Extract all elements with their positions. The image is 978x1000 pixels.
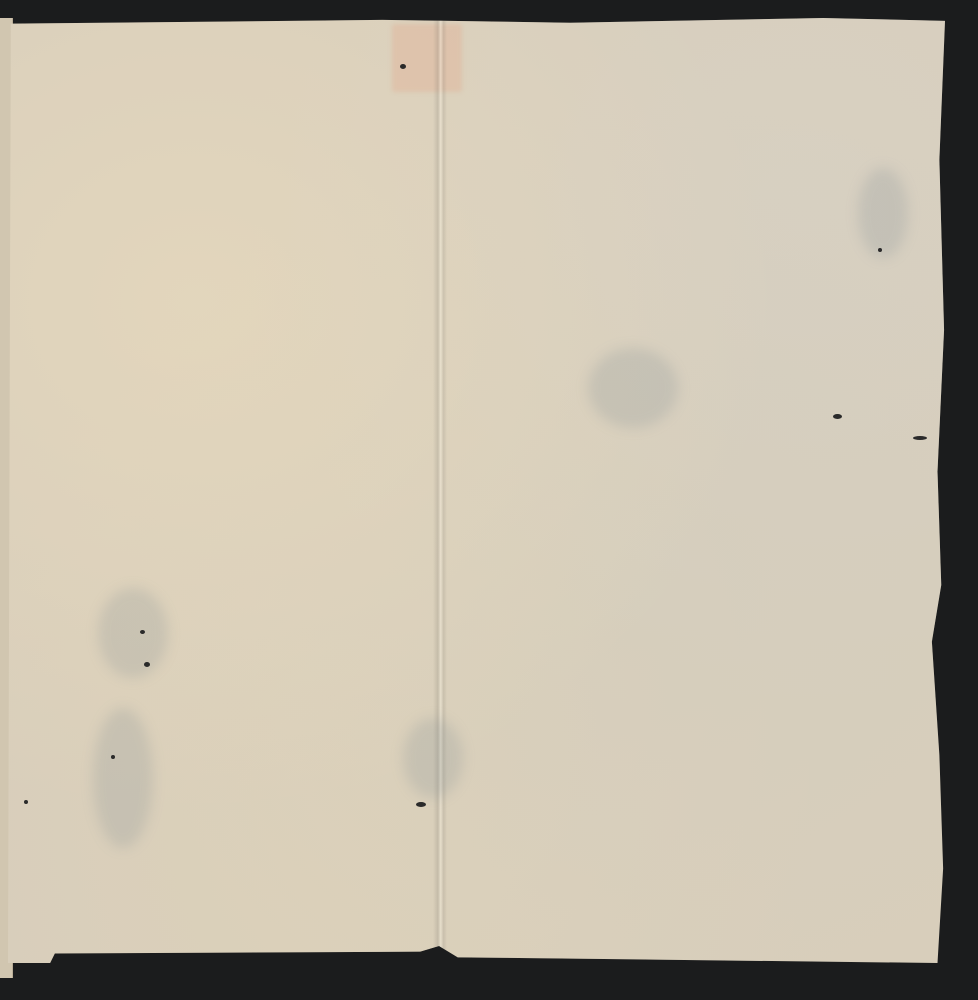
ink-spot xyxy=(878,248,882,252)
seal-mark xyxy=(392,24,462,92)
ink-bleed xyxy=(93,708,153,848)
center-fold xyxy=(433,18,447,963)
ink-spot xyxy=(833,414,842,419)
ink-spot xyxy=(913,436,927,440)
ink-spot xyxy=(111,755,115,759)
ink-bleed xyxy=(98,588,168,678)
ink-spot xyxy=(144,662,150,667)
ink-bleed xyxy=(403,718,463,798)
paper-page xyxy=(8,18,945,963)
ink-spot xyxy=(140,630,145,634)
ink-spot xyxy=(416,802,426,807)
ink-spot xyxy=(400,64,406,69)
ink-bleed xyxy=(858,168,908,258)
ink-bleed xyxy=(588,348,678,428)
ink-spot xyxy=(24,800,28,804)
